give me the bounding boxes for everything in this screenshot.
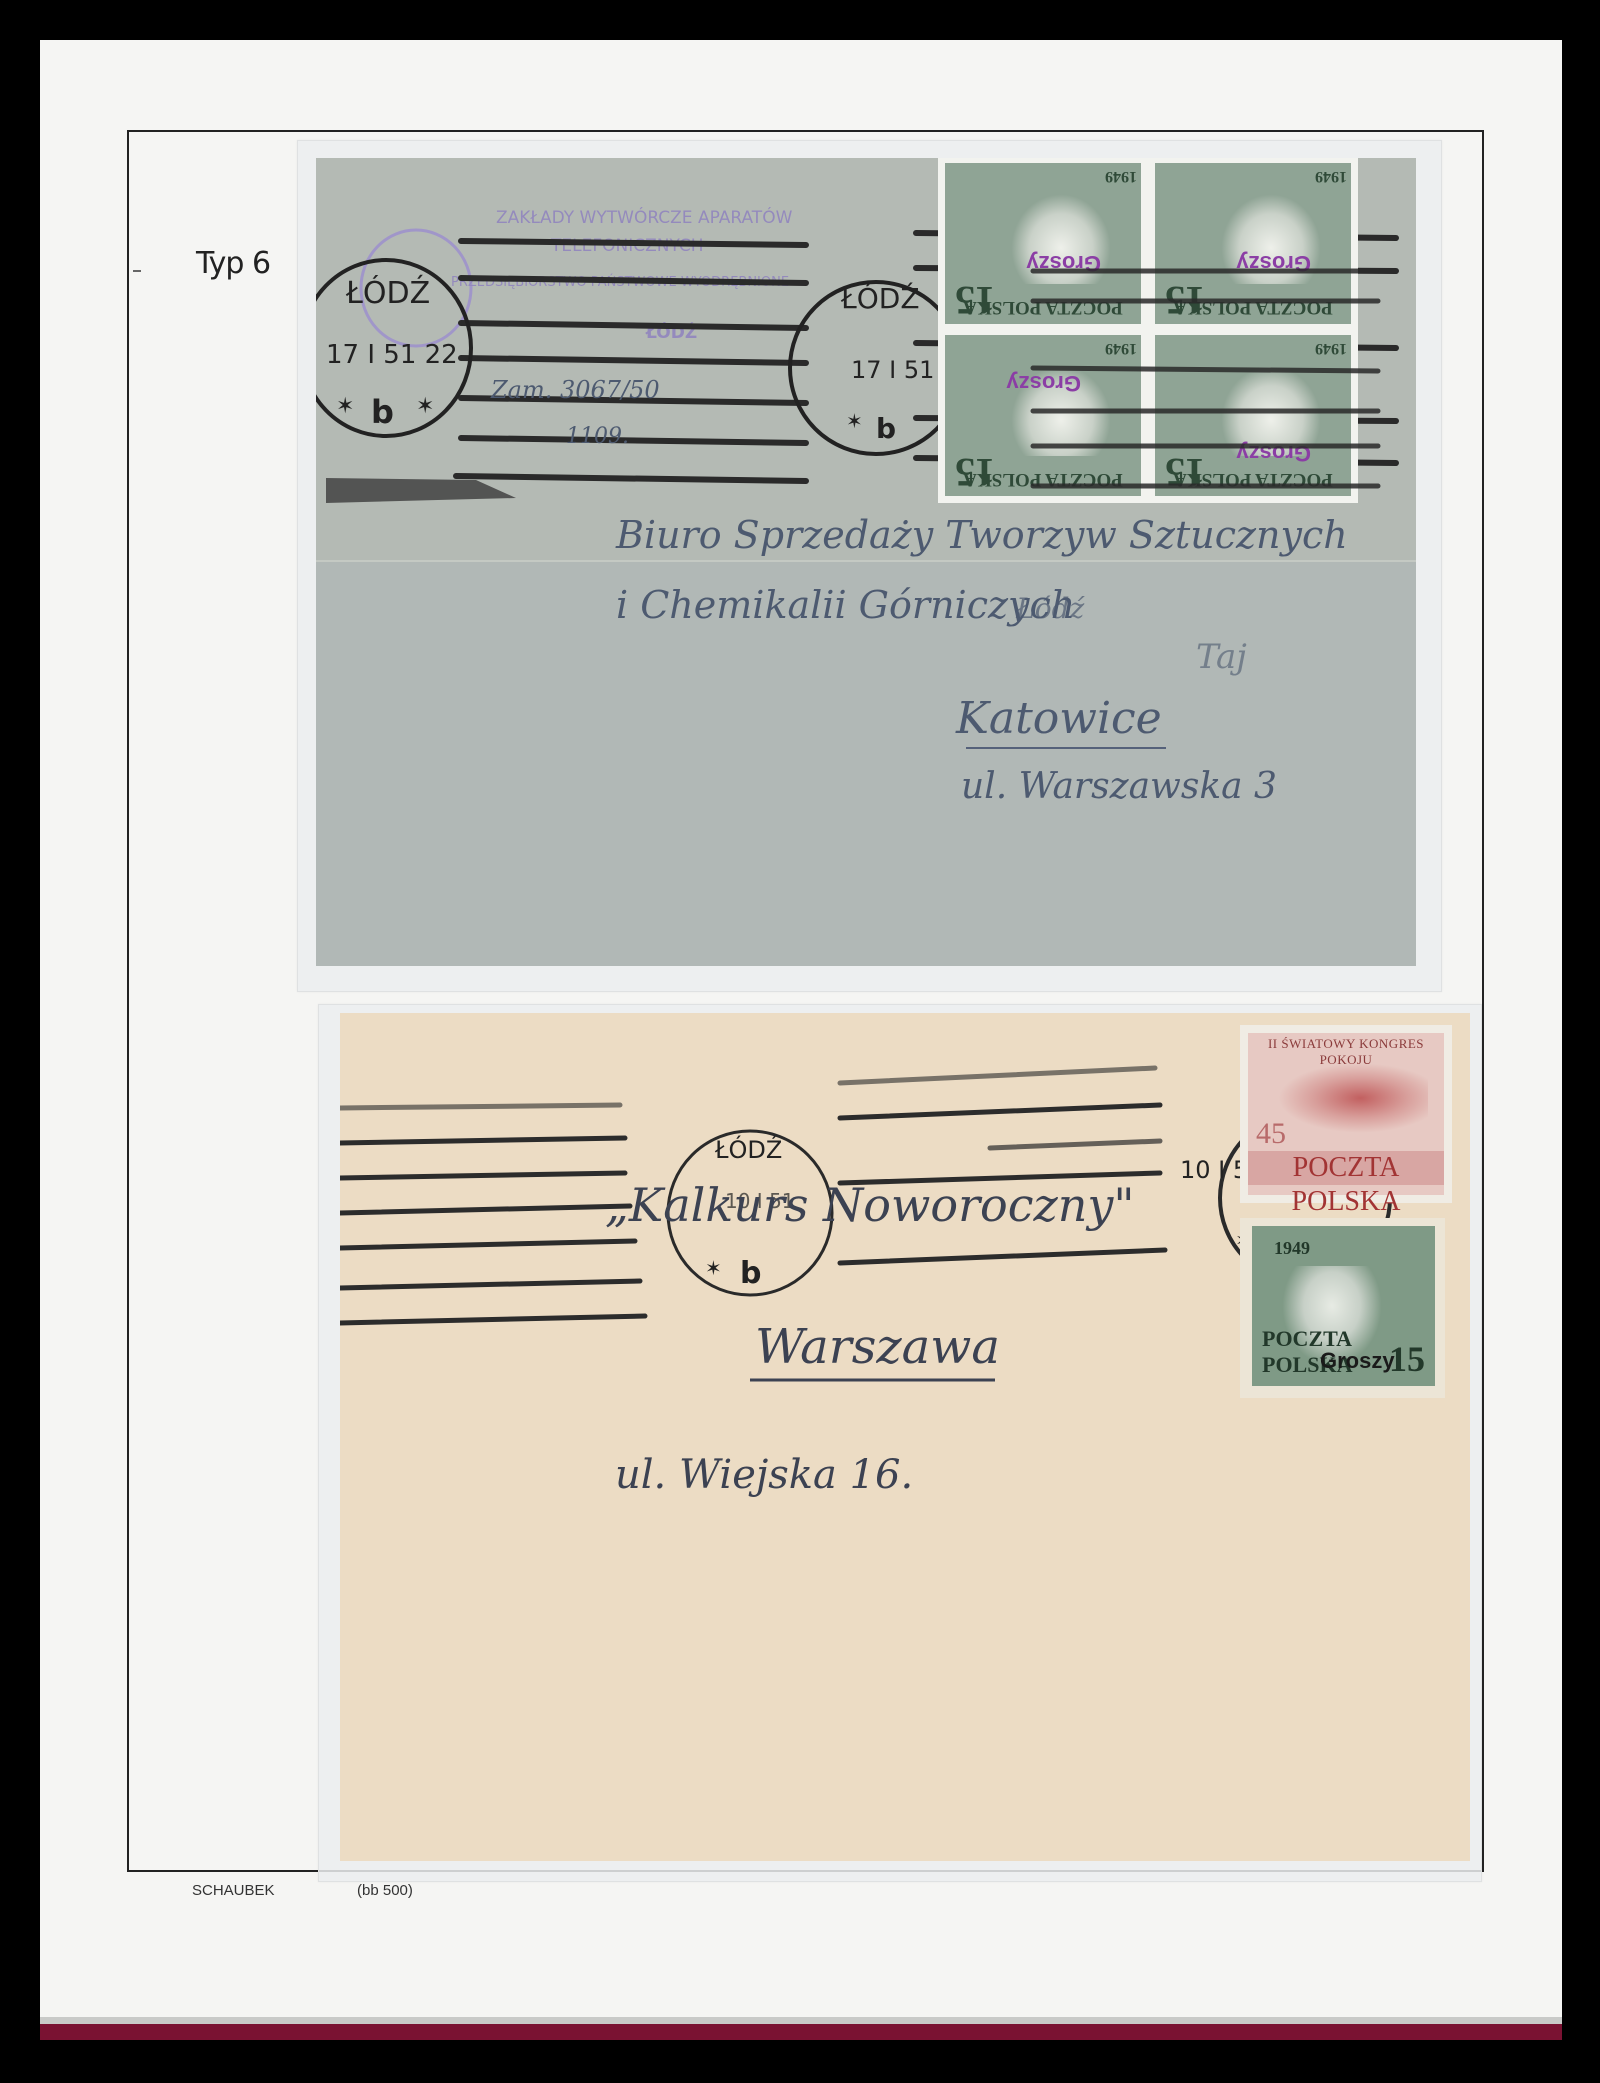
svg-text:✶: ✶ — [336, 394, 354, 419]
svg-text:✶: ✶ — [416, 394, 434, 419]
svg-text:17 I 51 22: 17 I 51 22 — [326, 340, 458, 370]
stamp-peace-congress[interactable]: II ŚWIATOWY KONGRES POKOJU 45 POCZTA POL… — [1240, 1025, 1452, 1203]
address-block: „Kalkurs Noworoczny" Warszawa ul. Wiejsk… — [605, 1178, 1135, 1498]
svg-text:b: b — [876, 412, 896, 445]
svg-text:1109.: 1109. — [566, 424, 629, 449]
svg-text:Warszawa: Warszawa — [755, 1319, 1000, 1375]
svg-text:ul. Wiejska 16.: ul. Wiejska 16. — [615, 1452, 913, 1498]
svg-text:ŁÓDŹ: ŁÓDŹ — [714, 1134, 782, 1164]
stamp-overprint[interactable]: 1949 POCZTA POLSKA Groszy 15 — [1240, 1218, 1445, 1398]
page-edge — [40, 2017, 1562, 2024]
svg-text:„Kalkurs Noworoczny": „Kalkurs Noworoczny" — [605, 1178, 1135, 1232]
svg-text:ŁÓDŹ: ŁÓDŹ — [840, 281, 920, 315]
stamp-cancel-lines — [938, 158, 1358, 501]
cover-envelope-1[interactable]: ZAKŁADY WYTWÓRCZE APARATÓW TELEFONICZNYC… — [316, 158, 1416, 966]
postmark-1: ŁÓDŹ 17 I 51 22 b ✶ ✶ — [316, 260, 471, 436]
svg-text:Biuro Sprzedaży Tworzyw Sztucz: Biuro Sprzedaży Tworzyw Sztucznych — [615, 513, 1348, 557]
svg-text:Taj: Taj — [1196, 637, 1247, 677]
svg-text:✶: ✶ — [846, 409, 863, 433]
dove-icon — [1278, 1063, 1428, 1133]
svg-text:b: b — [371, 393, 394, 431]
footer-brand: SCHAUBEK — [192, 1882, 275, 1899]
album-binding — [40, 2024, 1562, 2040]
svg-text:ZAKŁADY WYTWÓRCZE APARATÓW: ZAKŁADY WYTWÓRCZE APARATÓW — [496, 206, 793, 228]
stamp-block[interactable]: POCZTA POLSKA 15 Groszy 1949 POCZTA POLS… — [938, 158, 1356, 501]
svg-text:ul. Warszawska 3: ul. Warszawska 3 — [961, 766, 1277, 807]
svg-text:Łódź: Łódź — [1015, 592, 1086, 625]
section-label: Typ 6 — [196, 246, 270, 281]
footer-page-code: (bb 500) — [357, 1882, 413, 1899]
svg-text:✶: ✶ — [705, 1256, 722, 1280]
svg-text:ŁÓDŹ: ŁÓDŹ — [345, 274, 430, 311]
svg-text:Katowice: Katowice — [955, 693, 1162, 744]
svg-text:Zam. 3067/50: Zam. 3067/50 — [490, 376, 660, 404]
address-block: Biuro Sprzedaży Tworzyw Sztucznych i Che… — [615, 513, 1348, 807]
margin-mark — [133, 270, 141, 272]
svg-text:i Chemikalii Górniczych: i Chemikalii Górniczych — [616, 583, 1075, 627]
svg-text:b: b — [740, 1256, 761, 1291]
